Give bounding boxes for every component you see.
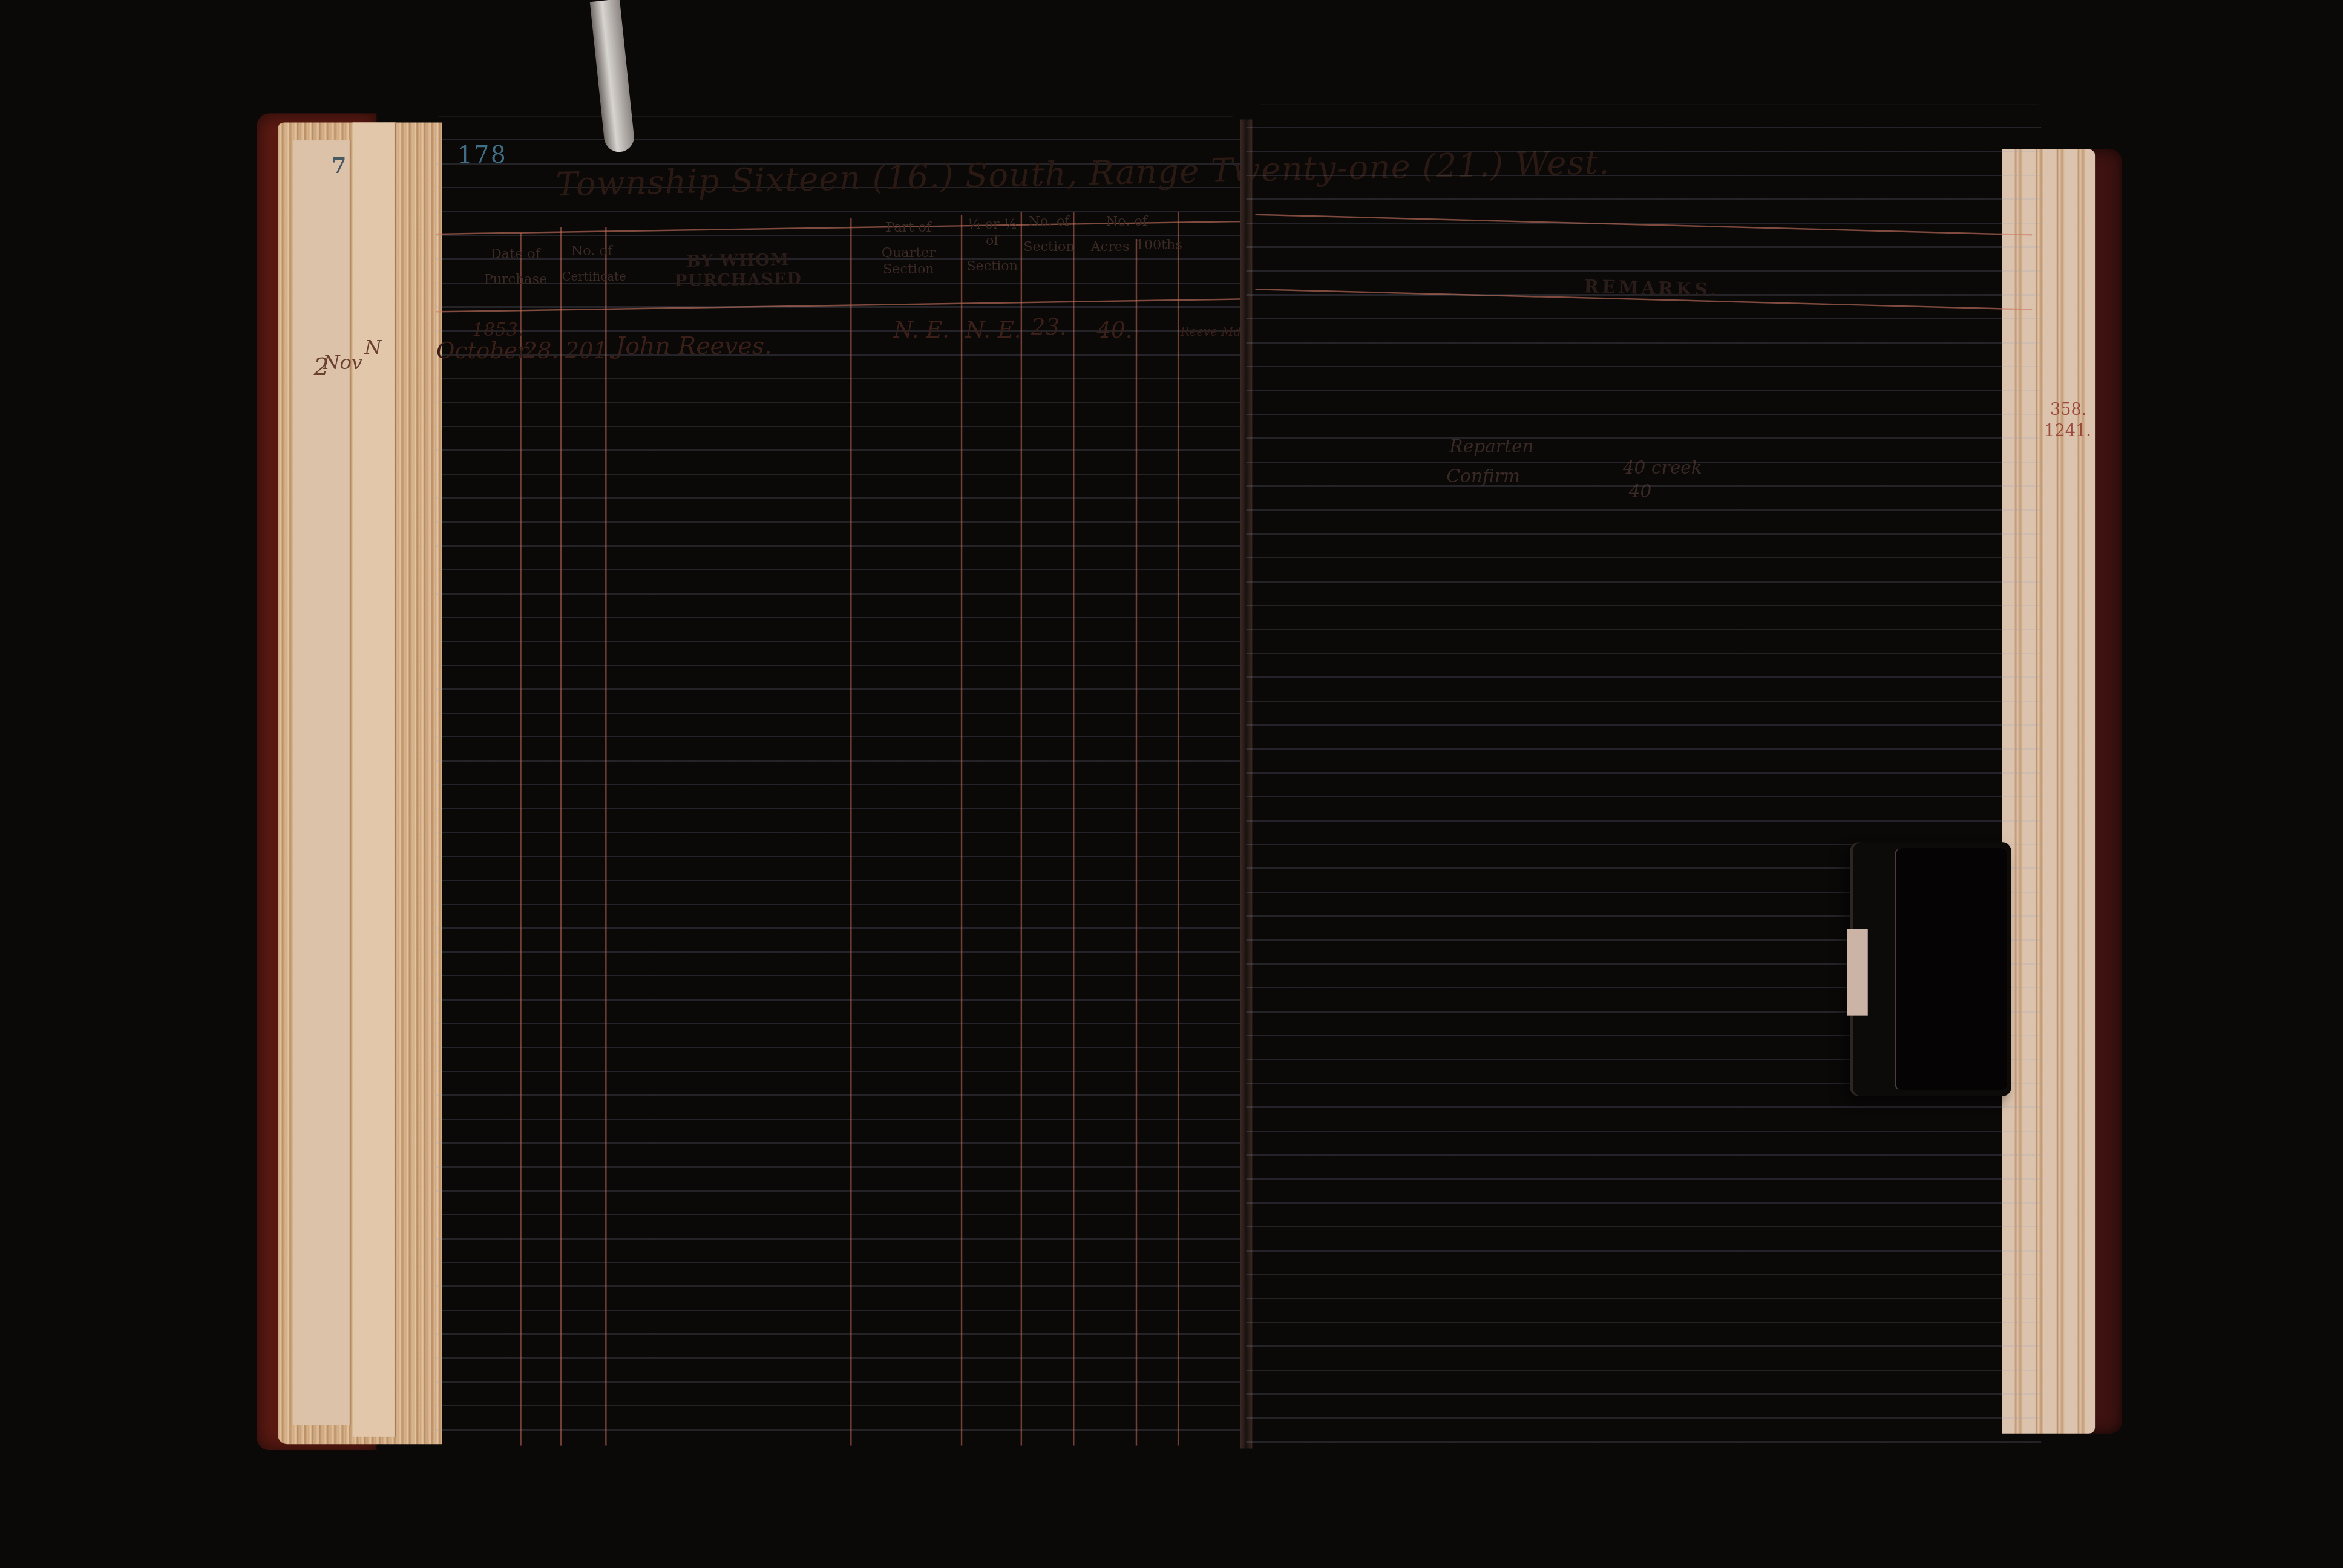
column-divider	[1073, 212, 1074, 1446]
loose-page-flap	[353, 122, 396, 1436]
header-line: ¼ or ½ of	[962, 218, 1022, 250]
cell-part-of-quarter: N. E.	[894, 316, 949, 343]
column-divider	[1021, 212, 1022, 1446]
remarks-header: REMARKS.	[1584, 276, 1719, 301]
header-line: Section	[962, 260, 1022, 276]
edge-red-ink: 1241.	[2044, 421, 2091, 440]
cell-purchaser: John Reeves.	[615, 332, 772, 360]
header-line: No. of	[562, 245, 621, 261]
column-header-quarter-of-section: ¼ or ½ of Section	[962, 218, 1022, 275]
column-header-purchaser: BY WHOM PURCHASED	[636, 249, 840, 292]
edge-handwriting: N	[365, 338, 382, 360]
header-line: Quarter Section	[857, 246, 959, 278]
column-divider	[961, 215, 962, 1445]
cell-day: 28.	[523, 338, 559, 364]
loose-page-flap	[293, 140, 351, 1425]
cell-quarter-of-section: N. E.	[965, 316, 1021, 343]
pencil-note: 40 creek	[1623, 457, 1702, 478]
pencil-note: Confirm	[1446, 466, 1520, 487]
page-number: 178	[457, 140, 508, 169]
header-line: Date of	[475, 248, 555, 264]
cell-acres: 40.	[1097, 316, 1133, 343]
pencil-note: 40	[1629, 481, 1652, 502]
column-header-certificate: No. of Certificate	[562, 245, 621, 284]
column-divider	[560, 227, 562, 1445]
cell-certificate: 201.	[565, 338, 614, 364]
header-line: No. of	[1079, 215, 1175, 231]
column-header-date: Date of Purchase	[475, 248, 555, 289]
left-page-stack	[278, 122, 442, 1444]
column-header-section: No. of Section	[1022, 215, 1076, 256]
weight-notch	[1847, 929, 1868, 1015]
weight-face	[1895, 848, 2007, 1090]
edge-handwriting: Nov	[323, 353, 362, 375]
column-divider	[605, 227, 606, 1445]
cell-month: October	[436, 338, 528, 364]
header-line: No. of	[1022, 215, 1076, 231]
page-weight-block	[1850, 842, 2011, 1096]
ledger-photo: 7 2 Nov N 358. 1241. 178 Township Sixtee…	[0, 0, 2343, 1568]
pencil-note: Reparten	[1449, 436, 1533, 457]
cell-note: Reeve Md.	[1181, 325, 1245, 339]
cell-section: 23.	[1031, 313, 1067, 340]
column-header-part-of-quarter: Part of Quarter Section	[857, 221, 959, 278]
header-line: Section	[1022, 240, 1076, 256]
column-divider	[1136, 239, 1137, 1446]
header-line: Certificate	[562, 270, 621, 284]
header-line: Purchase	[475, 273, 555, 289]
edge-red-ink: 358.	[2050, 400, 2087, 420]
column-header-hundredths: 100ths	[1136, 239, 1178, 255]
column-divider	[520, 233, 521, 1446]
column-divider	[850, 218, 851, 1445]
header-line: Part of	[857, 221, 959, 237]
section-tab-number: 7	[332, 155, 346, 179]
column-divider	[1178, 212, 1179, 1446]
